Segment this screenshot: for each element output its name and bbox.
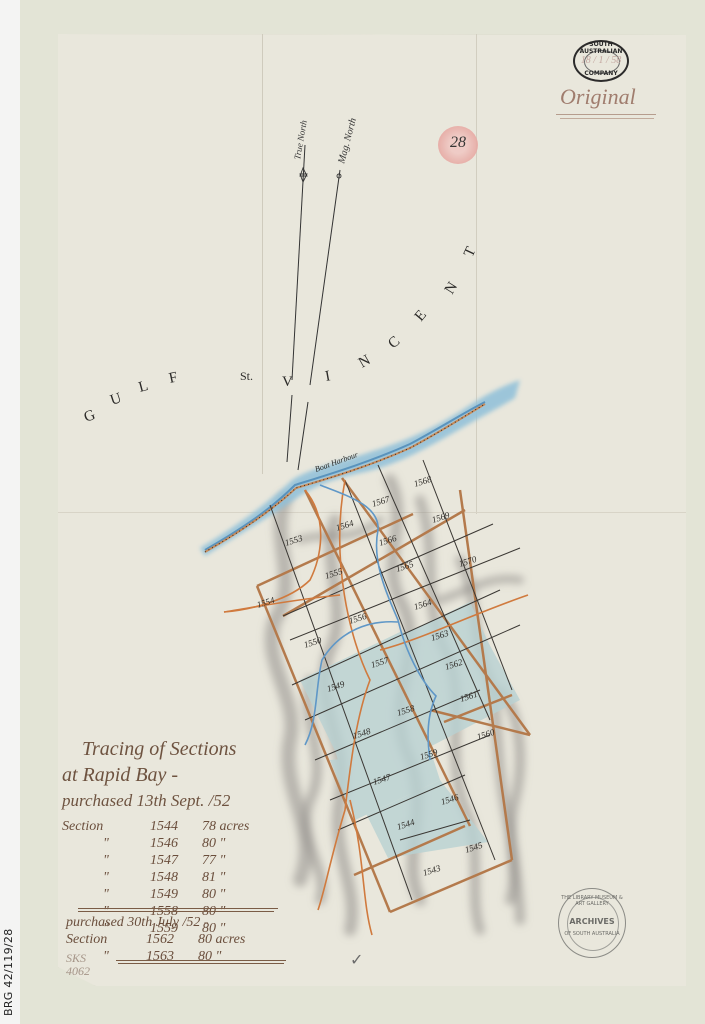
svg-text:L: L [137,378,150,396]
svg-text:N: N [442,279,461,297]
legend-title-line: purchased 13th Sept. /52 [62,788,302,814]
south-australian-company-stamp: SOUTH AUSTRALIAN 18 / 1 / 58 COMPANY [573,40,629,82]
legend-block: Tracing of Sections at Rapid Bay - purch… [62,736,302,937]
magnetic-north-label: Mag. North [336,117,359,166]
section-row: Section154478 acres [62,818,302,835]
second-purchase-heading: purchased 30th July /52 - [66,914,306,931]
svg-text:V: V [282,374,293,390]
archives-stamp: THE LIBRARY MUSEUM & ART GALLERY ARCHIVE… [558,888,626,958]
true-north-label: True North [292,119,309,160]
divider [78,908,278,909]
section-row: Section156280 acres [66,931,306,948]
legend-title-line: at Rapid Bay - [62,762,302,788]
divider [116,960,286,961]
svg-text:G: G [82,407,98,426]
svg-text:F: F [168,370,179,387]
underline [556,114,656,115]
original-annotation: Original [560,84,636,110]
section-row: "154980 " [62,886,302,903]
svg-text:I: I [324,368,332,385]
svg-text:1543: 1543 [422,863,443,878]
divider [78,911,274,912]
svg-text:T: T [461,245,479,260]
second-purchase-block: purchased 30th July /52 - Section156280 … [66,914,306,965]
checkmark: ✓ [350,950,363,970]
divider [118,963,284,964]
svg-text:1567: 1567 [371,494,392,509]
svg-text:C: C [385,333,403,352]
folio-number-stamp: 28 [438,126,478,164]
svg-text:St.: St. [240,369,253,383]
section-row: "154777 " [62,852,302,869]
initials: SKS 4062 [66,952,90,978]
svg-text:N: N [356,352,374,371]
north-arrows [287,145,340,470]
svg-text:1556: 1556 [348,611,369,626]
folio-number: 28 [438,134,478,152]
svg-text:1568: 1568 [413,474,434,489]
svg-text:U: U [108,390,123,409]
svg-text:E: E [412,307,430,324]
gulf-name-label: G U L F St. V I N C E N T [82,245,480,426]
legend-title-line: Tracing of Sections [82,736,302,762]
svg-text:1550: 1550 [303,635,324,650]
section-row: "154881 " [62,869,302,886]
section-row: "154680 " [62,835,302,852]
underline [560,118,654,119]
